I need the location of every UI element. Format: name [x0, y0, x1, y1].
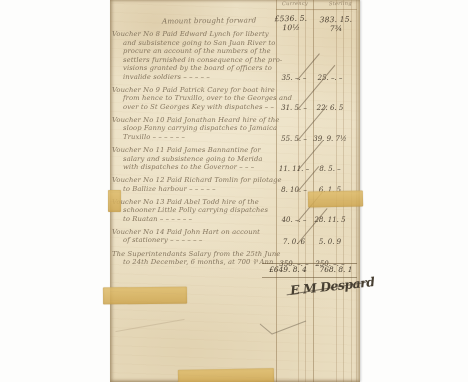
entry-line: settlers furnished in consequence of the… [123, 56, 356, 65]
pencil-check-mark [257, 318, 309, 338]
currency-column-header: Currency [282, 1, 308, 7]
ledger-entry: Voucher No 9 Paid Patrick Carey for boat… [112, 86, 356, 112]
entry-sterling-amount: 25. –. – [312, 74, 348, 82]
entry-currency-amount: 35. –. – [276, 74, 312, 82]
tape-repair [308, 190, 363, 207]
entry-line: Voucher No 9 Paid Patrick Carey for boat… [112, 86, 356, 95]
totals-row: £649. 8. 4 768. 8. 1 [262, 263, 357, 278]
entry-line: and subsistence going to San Juan River … [123, 39, 356, 48]
tape-repair [178, 368, 274, 382]
entry-currency-amount: 55. 5. – [276, 135, 312, 143]
column-header-rule [276, 9, 357, 10]
entry-line: visions granted by the board of officers… [123, 64, 356, 73]
entry-line: sloop Fanny carrying dispatches to Jamai… [123, 124, 356, 133]
entry-line: The Superintendants Salary from the 25th… [112, 250, 356, 259]
entry-line: Voucher No 8 Paid Edward Lynch for liber… [112, 30, 356, 39]
entry-sterling-amount: 22. 6. 5 [312, 104, 348, 112]
sterling-column-header: Sterling [329, 1, 352, 7]
entry-line: procure an account of the numbers of the [123, 47, 356, 56]
ledger-entry: Voucher No 11 Paid James Bannantine fors… [112, 146, 356, 172]
brought-forward-label: Amount brought forward [162, 16, 256, 26]
entries: Voucher No 8 Paid Edward Lynch for liber… [112, 30, 356, 271]
entry-line: salary and subsistence going to Merida [123, 155, 356, 164]
tape-repair [108, 190, 121, 212]
paper-crease [115, 319, 184, 332]
signature: E M Despard [289, 275, 365, 298]
total-currency-amount: £649. 8. 4 [262, 265, 314, 274]
entry-line: from hence to Truxillo, over to the Geor… [123, 94, 356, 103]
entry-line: Voucher No 14 Paid John Hart on account [112, 228, 356, 237]
ledger-entry: Voucher No 14 Paid John Hart on accounto… [112, 228, 356, 245]
entry-line: Voucher No 10 Paid Jonathan Heard hire o… [112, 116, 356, 125]
entry-currency-amount: 31. 5. – [276, 104, 312, 112]
photograph-of-manuscript: Currency Sterling Amount brought forward… [0, 0, 468, 382]
entry-currency-amount: 8. 10. – [276, 186, 312, 194]
entry-sterling-amount: 5. 0. 9 [312, 238, 348, 246]
entry-currency-amount: 7. 0. 6 [276, 238, 312, 246]
ledger-entry: Voucher No 8 Paid Edward Lynch for liber… [112, 30, 356, 81]
total-sterling-amount: 768. 8. 1 [314, 265, 358, 274]
manuscript-page: Currency Sterling Amount brought forward… [110, 0, 360, 382]
ledger-entry: Voucher No 10 Paid Jonathan Heard hire o… [112, 116, 356, 142]
tape-repair [103, 287, 187, 305]
entry-currency-amount: 40. –. – [276, 216, 312, 224]
entry-sterling-amount: 39. 9. 7½ [312, 135, 348, 143]
entry-currency-amount: 11. 11. – [276, 165, 312, 173]
entry-line: Voucher No 11 Paid James Bannantine for [112, 146, 356, 155]
entry-line: Voucher No 12 Paid Richard Tomlin for pi… [112, 176, 356, 185]
